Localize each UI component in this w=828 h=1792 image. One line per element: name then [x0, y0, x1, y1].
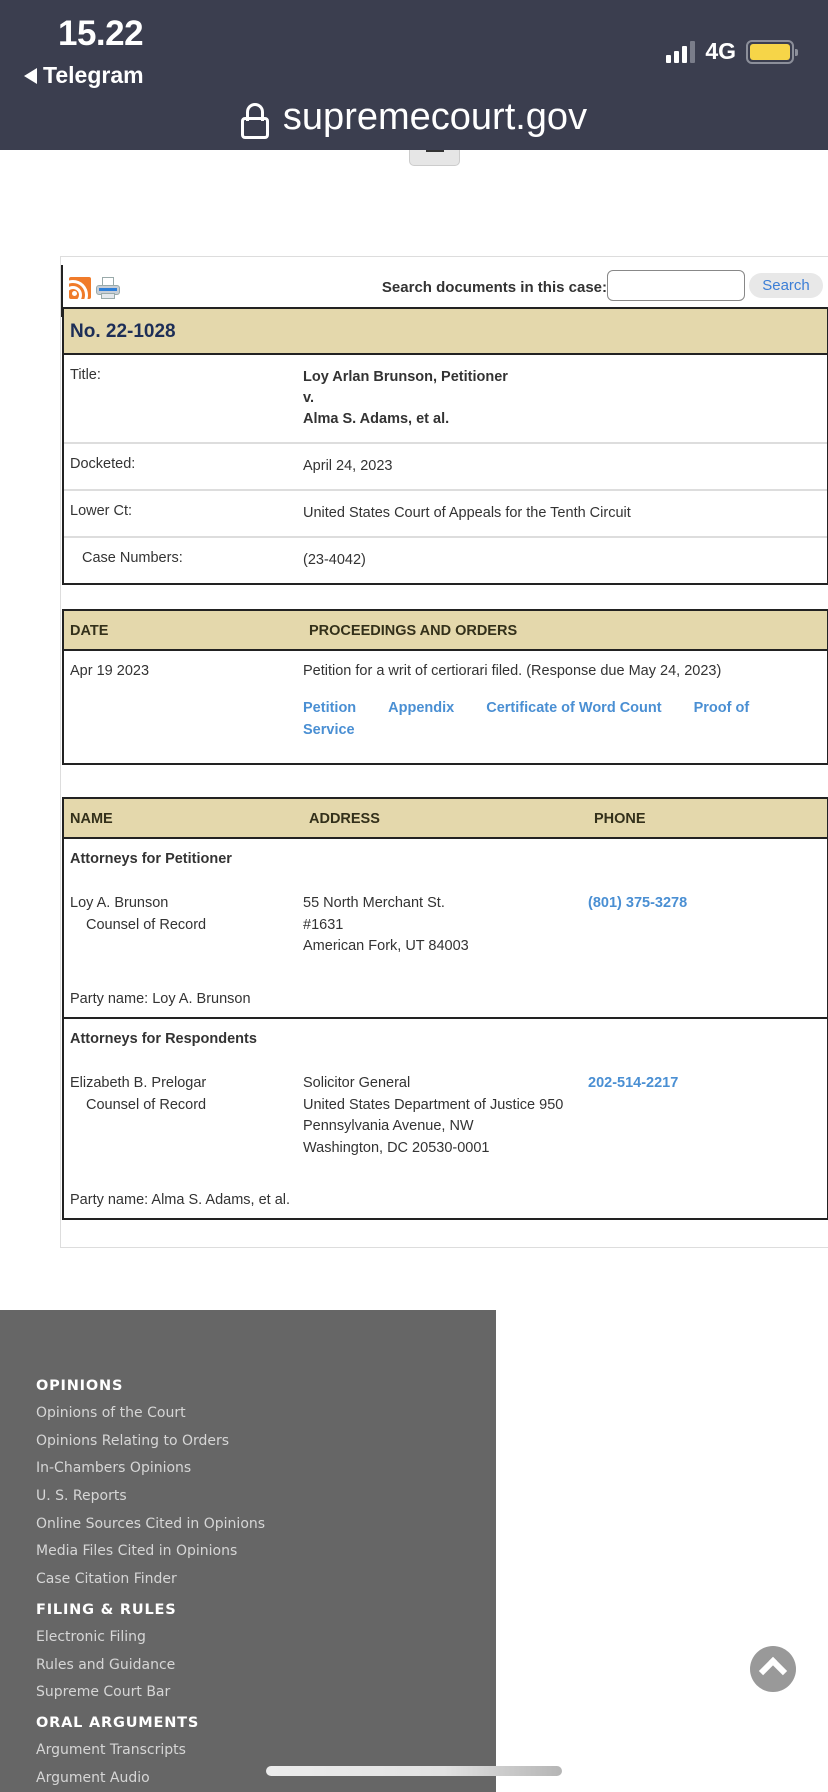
date-column-header: DATE — [64, 611, 303, 649]
footer-heading-oral-arguments: ORAL ARGUMENTS — [36, 1709, 265, 1737]
attorney-phone-link[interactable]: (801) 375-3278 — [588, 893, 827, 979]
proceeding-text: Petition for a writ of certiorari filed.… — [303, 663, 827, 679]
status-indicators: 4G — [666, 38, 794, 65]
case-number: No. 22-1028 — [64, 309, 827, 355]
attorney-address: Solicitor General United States Departme… — [303, 1073, 588, 1159]
search-button[interactable]: Search — [749, 273, 823, 298]
footer-link[interactable]: Argument Audio — [36, 1765, 265, 1792]
scroll-to-top-button[interactable] — [750, 1646, 796, 1692]
section-title: Attorneys for Petitioner — [64, 839, 827, 879]
proceeding-date: Apr 19 2023 — [64, 651, 303, 753]
footer-link[interactable]: In-Chambers Opinions — [36, 1455, 265, 1483]
footer-link[interactable]: Media Files Cited in Opinions — [36, 1538, 265, 1566]
site-footer: OPINIONS Opinions of the Court Opinions … — [0, 1310, 496, 1792]
footer-heading-opinions: OPINIONS — [36, 1372, 265, 1400]
respondent-attorneys-section: Attorneys for Respondents Elizabeth B. P… — [64, 1019, 827, 1218]
footer-link[interactable]: Electronic Filing — [36, 1624, 265, 1652]
proceedings-header: DATE PROCEEDINGS AND ORDERS — [64, 611, 827, 651]
petitioner-attorneys-section: Attorneys for Petitioner Loy A. Brunson … — [64, 839, 827, 1019]
footer-link[interactable]: Case Citation Finder — [36, 1566, 265, 1594]
title-label: Title: — [64, 355, 303, 442]
case-info-table: No. 22-1028 Title: Loy Arlan Brunson, Pe… — [62, 307, 828, 585]
network-type: 4G — [705, 38, 736, 65]
docketed-row: Docketed: April 24, 2023 — [64, 444, 827, 491]
home-indicator[interactable] — [266, 1766, 562, 1776]
contacts-header: NAME ADDRESS PHONE — [64, 799, 827, 839]
address-column-header: ADDRESS — [303, 799, 588, 837]
phone-column-header: PHONE — [588, 799, 652, 837]
case-numbers-value: (23-4042) — [303, 538, 827, 583]
footer-link[interactable]: Supreme Court Bar — [36, 1679, 265, 1707]
petition-link[interactable]: Petition — [303, 700, 356, 716]
address-bar[interactable]: supremecourt.gov — [0, 96, 828, 139]
status-time: 15.22 — [58, 14, 143, 54]
footer-link[interactable]: Argument Transcripts — [36, 1737, 265, 1765]
title-row: Title: Loy Arlan Brunson, Petitioner v. … — [64, 355, 827, 444]
footer-link[interactable]: Opinions Relating to Orders — [36, 1428, 265, 1456]
footer-link[interactable]: Online Sources Cited in Opinions — [36, 1511, 265, 1539]
lower-court-row: Lower Ct: United States Court of Appeals… — [64, 491, 827, 538]
footer-heading-filing-rules: FILING & RULES — [36, 1596, 265, 1624]
attorney-name: Elizabeth B. Prelogar — [70, 1073, 303, 1095]
footer-link[interactable]: Opinions of the Court — [36, 1400, 265, 1428]
attorney-row: Loy A. Brunson Counsel of Record 55 Nort… — [64, 879, 827, 979]
certificate-word-count-link[interactable]: Certificate of Word Count — [486, 700, 661, 716]
proceeding-row: Apr 19 2023 Petition for a writ of certi… — [64, 651, 827, 763]
footer-link[interactable]: U. S. Reports — [36, 1483, 265, 1511]
lower-court-label: Lower Ct: — [64, 491, 303, 536]
footer-nav: OPINIONS Opinions of the Court Opinions … — [36, 1372, 265, 1792]
lock-icon — [241, 103, 269, 137]
docketed-value: April 24, 2023 — [303, 444, 827, 489]
search-documents-input[interactable] — [607, 270, 745, 301]
attorney-name: Loy A. Brunson — [70, 893, 303, 915]
case-numbers-label: Case Numbers: — [64, 538, 303, 583]
search-label: Search documents in this case: — [382, 279, 607, 296]
docket-container: Search documents in this case: Search No… — [60, 256, 828, 1248]
name-column-header: NAME — [64, 799, 303, 837]
contacts-table: NAME ADDRESS PHONE Attorneys for Petitio… — [62, 797, 828, 1220]
print-icon[interactable] — [96, 277, 120, 299]
lower-court-value: United States Court of Appeals for the T… — [303, 491, 827, 536]
attorney-role: Counsel of Record — [70, 1095, 303, 1117]
back-to-app-button[interactable]: Telegram — [24, 62, 144, 89]
attorney-address: 55 North Merchant St. #1631 American For… — [303, 893, 588, 979]
url-text: supremecourt.gov — [283, 96, 587, 139]
battery-icon — [746, 40, 794, 64]
proceedings-column-header: PROCEEDINGS AND ORDERS — [303, 611, 523, 649]
back-triangle-icon — [24, 68, 37, 84]
back-app-label: Telegram — [43, 62, 144, 89]
docketed-label: Docketed: — [64, 444, 303, 489]
section-title: Attorneys for Respondents — [64, 1019, 827, 1059]
signal-icon — [666, 41, 695, 63]
attorney-row: Elizabeth B. Prelogar Counsel of Record … — [64, 1059, 827, 1159]
attorney-phone-link[interactable]: 202-514-2217 — [588, 1073, 827, 1159]
attorney-role: Counsel of Record — [70, 915, 303, 937]
case-numbers-row: Case Numbers: (23-4042) — [64, 538, 827, 583]
appendix-link[interactable]: Appendix — [388, 700, 454, 716]
footer-link[interactable]: Rules and Guidance — [36, 1652, 265, 1680]
rss-feed-icon[interactable] — [69, 277, 91, 299]
browser-chrome: 15.22 Telegram 4G supremecourt.gov — [0, 0, 828, 150]
document-links: PetitionAppendixCertificate of Word Coun… — [303, 697, 827, 741]
party-name: Party name: Loy A. Brunson — [64, 979, 827, 1017]
case-title: Loy Arlan Brunson, Petitioner v. Alma S.… — [303, 355, 827, 442]
proceedings-table: DATE PROCEEDINGS AND ORDERS Apr 19 2023 … — [62, 609, 828, 765]
party-name: Party name: Alma S. Adams, et al. — [64, 1159, 827, 1218]
